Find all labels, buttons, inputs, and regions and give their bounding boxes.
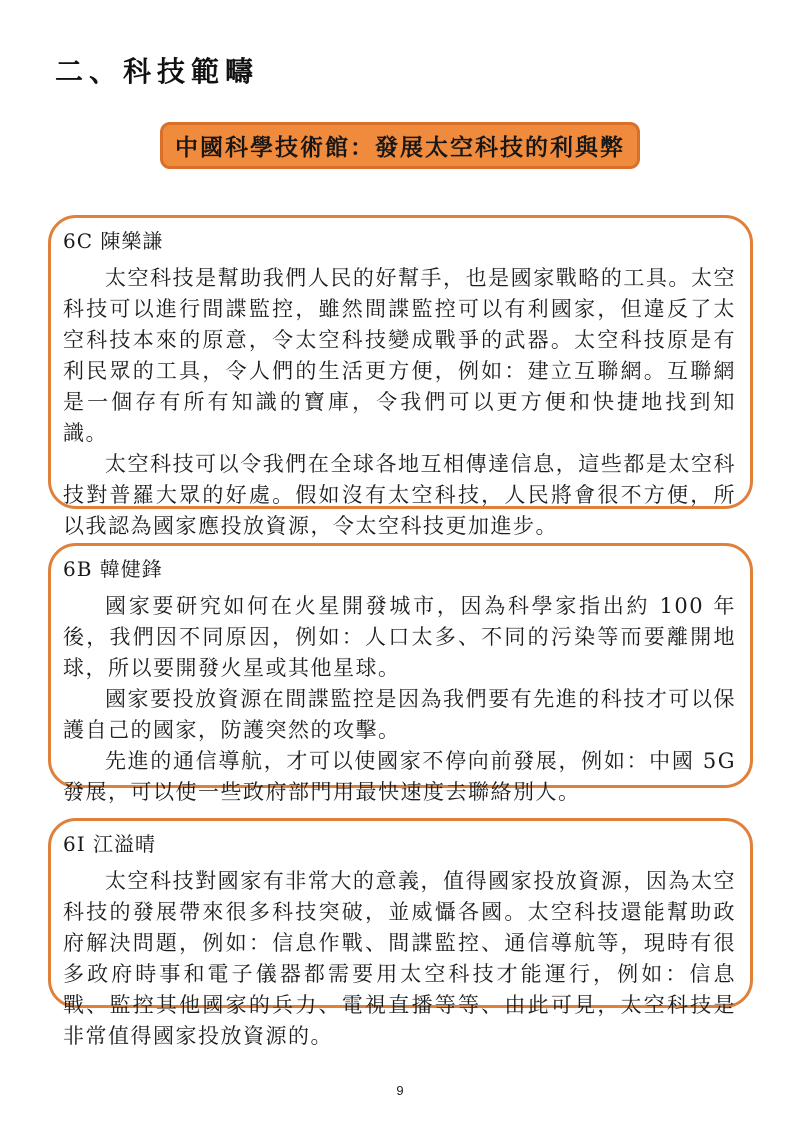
paragraph: 國家要投放資源在間諜監控是因為我們要有先進的科技才可以保護自己的國家，防護突然的… — [63, 684, 736, 746]
paragraph: 太空科技是幫助我們人民的好幫手，也是國家戰略的工具。太空科技可以進行間諜監控，雖… — [63, 263, 736, 449]
author-label: 6C 陳樂謙 — [63, 226, 736, 257]
paragraph: 太空科技對國家有非常大的意義，值得國家投放資源，因為太空科技的發展帶來很多科技突… — [63, 866, 736, 1052]
page-title: 二、科技範疇 — [55, 50, 259, 90]
paragraph: 太空科技可以令我們在全球各地互相傳達信息，這些都是太空科技對普羅大眾的好處。假如… — [63, 449, 736, 542]
banner-text: 中國科學技術館：發展太空科技的利與弊 — [175, 129, 625, 162]
paragraph: 先進的通信導航，才可以使國家不停向前發展，例如：中國 5G 發展，可以使一些政府… — [63, 746, 736, 808]
student-writing-box-2: 6B 韓健鋒 國家要研究如何在火星開發城市，因為科學家指出約 100 年後，我們… — [48, 543, 753, 788]
document-page: { "page": { "title": "二、科技範疇", "page_num… — [0, 0, 800, 1131]
student-writing-box-3: 6I 江溢晴 太空科技對國家有非常大的意義，值得國家投放資源，因為太空科技的發展… — [48, 818, 753, 1008]
section-banner: 中國科學技術館：發展太空科技的利與弊 — [160, 122, 640, 169]
author-label: 6I 江溢晴 — [63, 829, 736, 860]
student-writing-box-1: 6C 陳樂謙 太空科技是幫助我們人民的好幫手，也是國家戰略的工具。太空科技可以進… — [48, 215, 753, 509]
paragraph: 國家要研究如何在火星開發城市，因為科學家指出約 100 年後，我們因不同原因，例… — [63, 591, 736, 684]
page-number: 9 — [0, 1083, 800, 1098]
author-label: 6B 韓健鋒 — [63, 554, 736, 585]
